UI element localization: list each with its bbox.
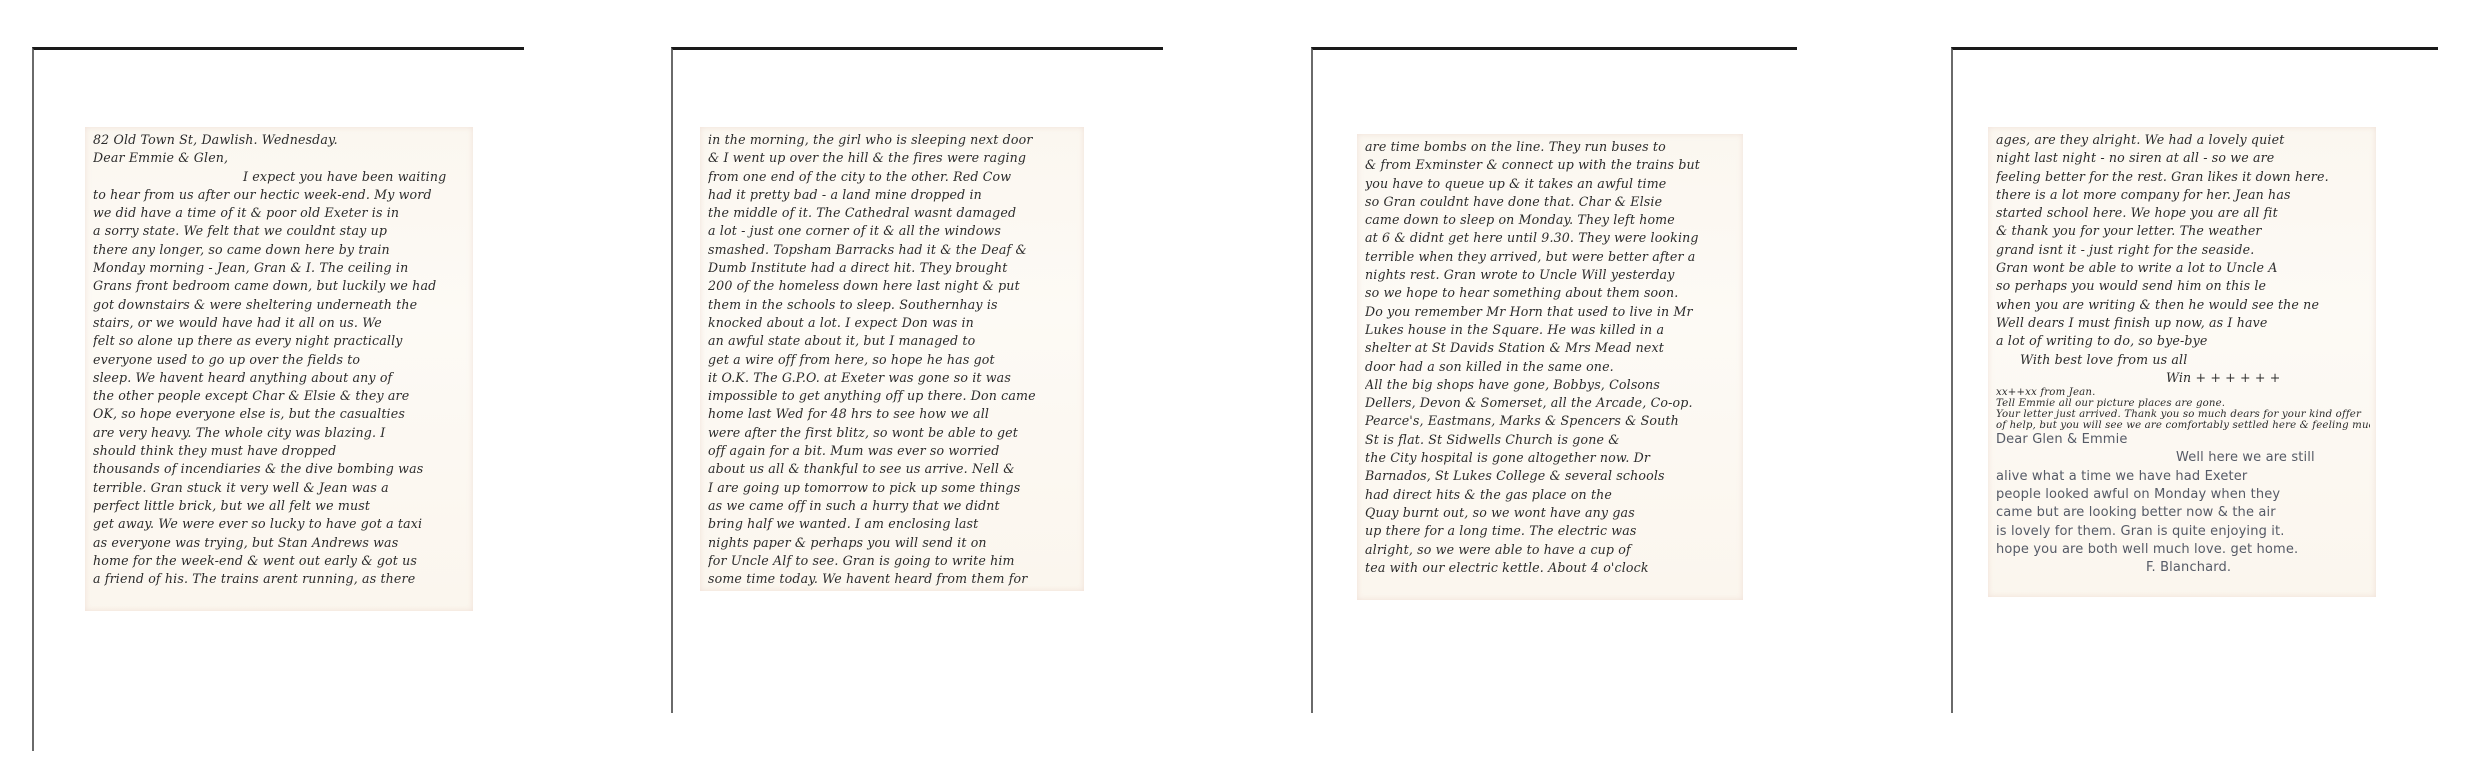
letter-line: to hear from us after our hectic week-en… bbox=[93, 186, 467, 204]
postscript-line: Tell Emmie all our picture places are go… bbox=[1996, 398, 2370, 409]
letter-line: I expect you have been waiting bbox=[93, 168, 467, 186]
letter-line: a friend of his. The trains arent runnin… bbox=[93, 570, 467, 588]
letter-line: feeling better for the rest. Gran likes … bbox=[1996, 168, 2370, 186]
letter-line: some time today. We havent heard from th… bbox=[708, 570, 1078, 588]
letter-line: as everyone was trying, but Stan Andrews… bbox=[93, 534, 467, 552]
letter-line: about us all & thankful to see us arrive… bbox=[708, 460, 1078, 478]
letter-line: stairs, or we would have had it all on u… bbox=[93, 314, 467, 332]
letter-line: were after the first blitz, so wont be a… bbox=[708, 424, 1078, 442]
jean-kisses: xx++xx from Jean. bbox=[1996, 387, 2370, 398]
letter-signature-win: Win + + + + + + bbox=[1996, 369, 2370, 387]
letter-line: got downstairs & were sheltering underne… bbox=[93, 296, 467, 314]
letter-line: so Gran couldnt have done that. Char & E… bbox=[1365, 193, 1737, 211]
letter-line: it O.K. The G.P.O. at Exeter was gone so… bbox=[708, 369, 1078, 387]
letter-line: had it pretty bad - a land mine dropped … bbox=[708, 186, 1078, 204]
letter-line: up there for a long time. The electric w… bbox=[1365, 522, 1737, 540]
letter-address-line: 82 Old Town St, Dawlish. Wednesday. bbox=[93, 131, 467, 149]
postscript-line: of help, but you will see we are comfort… bbox=[1996, 420, 2370, 431]
letter-line: tea with our electric kettle. About 4 o'… bbox=[1365, 559, 1737, 577]
letter-line: when you are writing & then he would see… bbox=[1996, 296, 2370, 314]
letter-line: nights paper & perhaps you will send it … bbox=[708, 534, 1078, 552]
letter-line: a sorry state. We felt that we couldnt s… bbox=[93, 222, 467, 240]
letter-line: off again for a bit. Mum was ever so wor… bbox=[708, 442, 1078, 460]
letter-line: OK, so hope everyone else is, but the ca… bbox=[93, 405, 467, 423]
letter-line: an awful state about it, but I managed t… bbox=[708, 332, 1078, 350]
letter-line: started school here. We hope you are all… bbox=[1996, 204, 2370, 222]
letter-line: & thank you for your letter. The weather bbox=[1996, 222, 2370, 240]
letter-line: Barnados, St Lukes College & several sch… bbox=[1365, 467, 1737, 485]
letter-line: everyone used to go up over the fields t… bbox=[93, 351, 467, 369]
second-letter-line: alive what a time we have had Exeter bbox=[1996, 468, 2370, 486]
letter-line: home for the week-end & went out early &… bbox=[93, 552, 467, 570]
second-letter-line: came but are looking better now & the ai… bbox=[1996, 504, 2370, 522]
letter-line: Dumb Institute had a direct hit. They br… bbox=[708, 259, 1078, 277]
letter-line: the middle of it. The Cathedral wasnt da… bbox=[708, 204, 1078, 222]
letter-line: there is a lot more company for her. Jea… bbox=[1996, 186, 2370, 204]
letter-line: the City hospital is gone altogether now… bbox=[1365, 449, 1737, 467]
letter-page-2: in the morning, the girl who is sleeping… bbox=[700, 127, 1084, 591]
letter-line: Do you remember Mr Horn that used to liv… bbox=[1365, 303, 1737, 321]
letter-line: so perhaps you would send him on this le bbox=[1996, 277, 2370, 295]
letter-line: get away. We were ever so lucky to have … bbox=[93, 515, 467, 533]
letter-line: knocked about a lot. I expect Don was in bbox=[708, 314, 1078, 332]
letter-line: as we came off in such a hurry that we d… bbox=[708, 497, 1078, 515]
letter-line: 200 of the homeless down here last night… bbox=[708, 277, 1078, 295]
letter-line: terrible. Gran stuck it very well & Jean… bbox=[93, 479, 467, 497]
letter-line: terrible when they arrived, but were bet… bbox=[1365, 248, 1737, 266]
letter-line: ages, are they alright. We had a lovely … bbox=[1996, 131, 2370, 149]
letter-line: All the big shops have gone, Bobbys, Col… bbox=[1365, 376, 1737, 394]
letter-line: should think they must have dropped bbox=[93, 442, 467, 460]
letter-line: came down to sleep on Monday. They left … bbox=[1365, 211, 1737, 229]
letter-line: nights rest. Gran wrote to Uncle Will ye… bbox=[1365, 266, 1737, 284]
letter-line: we did have a time of it & poor old Exet… bbox=[93, 204, 467, 222]
letter-line: Gran wont be able to write a lot to Uncl… bbox=[1996, 259, 2370, 277]
postscript-line: Your letter just arrived. Thank you so m… bbox=[1996, 409, 2370, 420]
letter-line: bring half we wanted. I am enclosing las… bbox=[708, 515, 1078, 533]
letter-line: & I went up over the hill & the fires we… bbox=[708, 149, 1078, 167]
letter-page-1: 82 Old Town St, Dawlish. Wednesday. Dear… bbox=[85, 127, 473, 611]
letter-line: alright, so we were able to have a cup o… bbox=[1365, 541, 1737, 559]
second-letter-line: hope you are both well much love. get ho… bbox=[1996, 541, 2370, 559]
letter-line: from one end of the city to the other. R… bbox=[708, 168, 1078, 186]
second-letter-line: people looked awful on Monday when they bbox=[1996, 486, 2370, 504]
second-letter-signature: F. Blanchard. bbox=[1996, 559, 2370, 577]
letter-line: door had a son killed in the same one. bbox=[1365, 358, 1737, 376]
letter-line: Pearce's, Eastmans, Marks & Spencers & S… bbox=[1365, 412, 1737, 430]
letter-signoff: With best love from us all bbox=[1996, 351, 2370, 369]
second-letter-greeting: Dear Glen & Emmie bbox=[1996, 431, 2370, 449]
letter-line: impossible to get anything off up there.… bbox=[708, 387, 1078, 405]
letter-line: grand isnt it - just right for the seasi… bbox=[1996, 241, 2370, 259]
letter-line: smashed. Topsham Barracks had it & the D… bbox=[708, 241, 1078, 259]
letter-page-3: are time bombs on the line. They run bus… bbox=[1357, 134, 1743, 600]
letter-line: perfect little brick, but we all felt we… bbox=[93, 497, 467, 515]
letter-line: the other people except Char & Elsie & t… bbox=[93, 387, 467, 405]
letter-line: sleep. We havent heard anything about an… bbox=[93, 369, 467, 387]
letter-line: Well dears I must finish up now, as I ha… bbox=[1996, 314, 2370, 332]
letter-line: St is flat. St Sidwells Church is gone & bbox=[1365, 431, 1737, 449]
letter-line: shelter at St Davids Station & Mrs Mead … bbox=[1365, 339, 1737, 357]
letter-line: so we hope to hear something about them … bbox=[1365, 284, 1737, 302]
letter-line: Lukes house in the Square. He was killed… bbox=[1365, 321, 1737, 339]
letter-line: Grans front bedroom came down, but lucki… bbox=[93, 277, 467, 295]
letter-line: & from Exminster & connect up with the t… bbox=[1365, 156, 1737, 174]
letter-line: felt so alone up there as every night pr… bbox=[93, 332, 467, 350]
letter-line: had direct hits & the gas place on the bbox=[1365, 486, 1737, 504]
letter-greeting: Dear Emmie & Glen, bbox=[93, 149, 467, 167]
letter-line: Dellers, Devon & Somerset, all the Arcad… bbox=[1365, 394, 1737, 412]
letter-line: at 6 & didnt get here until 9.30. They w… bbox=[1365, 229, 1737, 247]
second-letter-line: Well here we are still bbox=[1996, 449, 2370, 467]
letter-line: for Uncle Alf to see. Gran is going to w… bbox=[708, 552, 1078, 570]
letter-line: a lot - just one corner of it & all the … bbox=[708, 222, 1078, 240]
letter-line: Monday morning - Jean, Gran & I. The cei… bbox=[93, 259, 467, 277]
letter-line: get a wire off from here, so hope he has… bbox=[708, 351, 1078, 369]
letter-line: you have to queue up & it takes an awful… bbox=[1365, 175, 1737, 193]
letter-line: them in the schools to sleep. Southernha… bbox=[708, 296, 1078, 314]
letter-line: in the morning, the girl who is sleeping… bbox=[708, 131, 1078, 149]
letter-line: home last Wed for 48 hrs to see how we a… bbox=[708, 405, 1078, 423]
letter-line: are time bombs on the line. They run bus… bbox=[1365, 138, 1737, 156]
letter-line: are very heavy. The whole city was blazi… bbox=[93, 424, 467, 442]
letter-line: a lot of writing to do, so bye-bye bbox=[1996, 332, 2370, 350]
letter-line: there any longer, so came down here by t… bbox=[93, 241, 467, 259]
letter-page-4: ages, are they alright. We had a lovely … bbox=[1988, 127, 2376, 597]
letter-line: thousands of incendiaries & the dive bom… bbox=[93, 460, 467, 478]
second-letter-line: is lovely for them. Gran is quite enjoyi… bbox=[1996, 523, 2370, 541]
letter-line: night last night - no siren at all - so … bbox=[1996, 149, 2370, 167]
letter-line: I are going up tomorrow to pick up some … bbox=[708, 479, 1078, 497]
letter-line: Quay burnt out, so we wont have any gas bbox=[1365, 504, 1737, 522]
